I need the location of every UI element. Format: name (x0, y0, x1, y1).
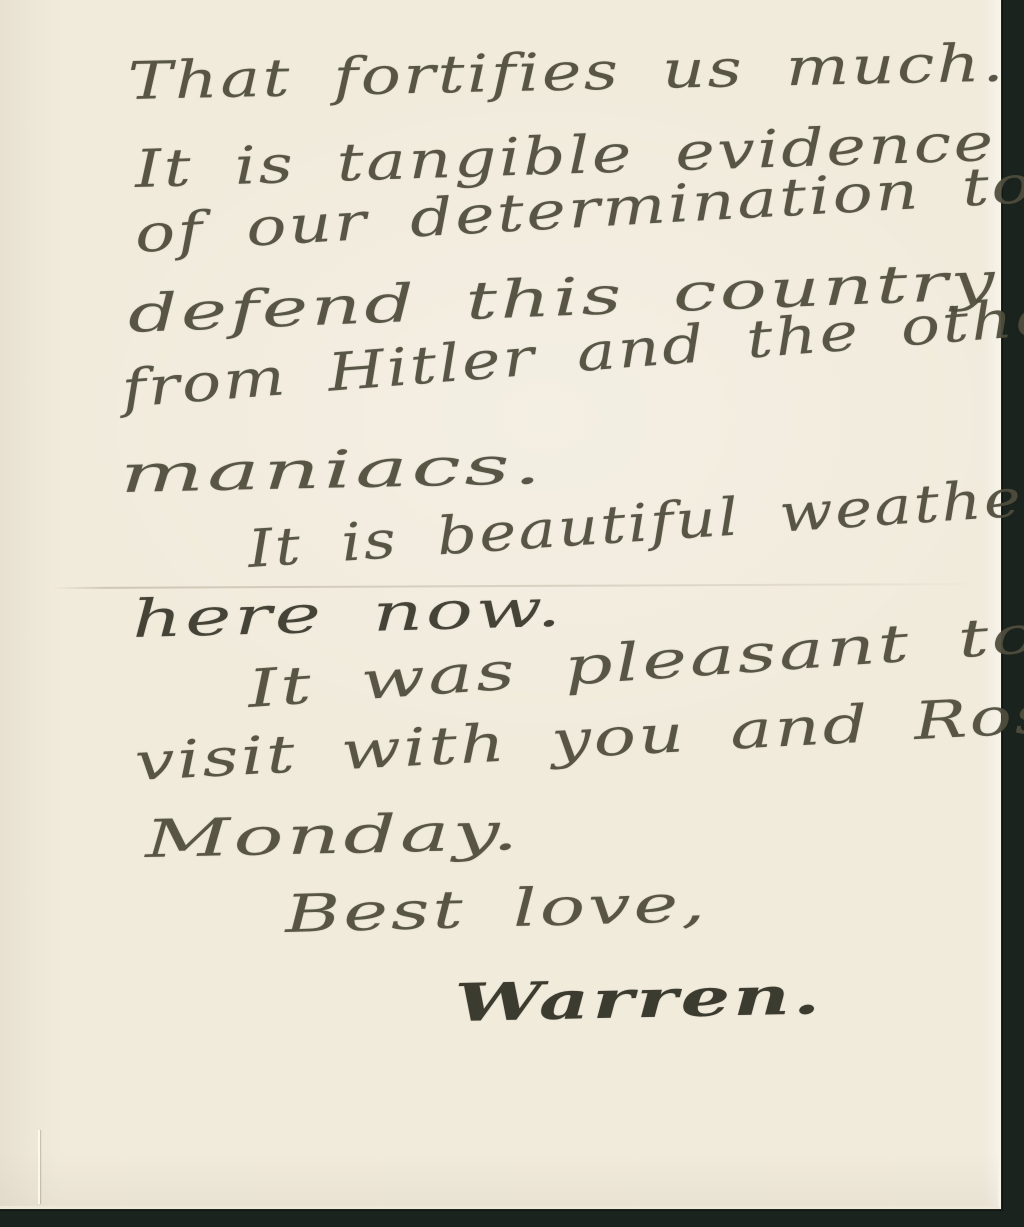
scanned-letter: That fortifies us much. It is tangible e… (0, 0, 1024, 1227)
signature: Warren. (454, 965, 823, 1034)
letter-line-11: Monday. (144, 802, 522, 870)
letter-closing: Best love, (284, 874, 708, 945)
edge-crease (38, 1130, 40, 1204)
letter-line-6: maniacs. (119, 436, 545, 505)
letter-line-8: here now. (131, 579, 565, 650)
